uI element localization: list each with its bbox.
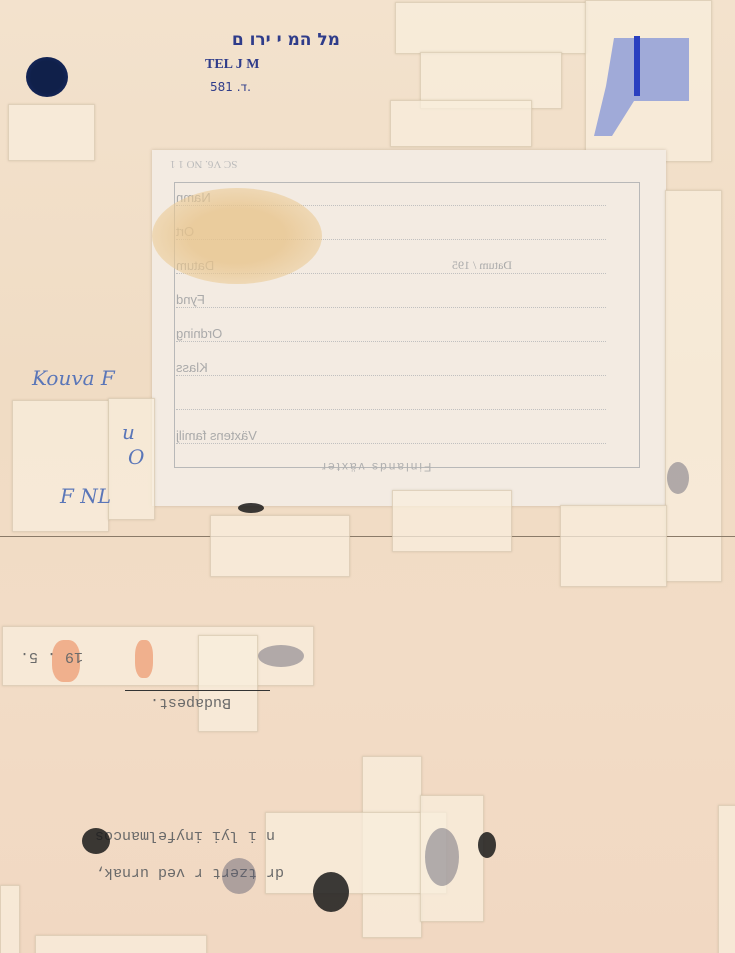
tape-strip [392, 490, 512, 552]
tape-strip [198, 635, 258, 732]
tape-strip [35, 935, 207, 953]
card-row: Fynd [176, 292, 606, 308]
typed-city: Budapest. [150, 694, 231, 711]
tape-strip [12, 400, 109, 532]
stamp-fragment [667, 462, 689, 494]
handwritten-line: F NL [60, 484, 111, 508]
card-header: SC V6. NO 1 1 [170, 158, 237, 170]
ink-blot [82, 828, 110, 854]
handwritten-line: u [122, 420, 135, 444]
ink-smudge [222, 858, 256, 894]
tape-strip [395, 2, 587, 54]
water-stain [152, 188, 322, 284]
tape-strip [8, 104, 95, 161]
typed-line: n i lyi inyfelmancos [95, 827, 275, 844]
letterhead-number: 581 .ד. [210, 80, 251, 94]
tape-strip [718, 805, 735, 953]
card-caption: Finlands växter [320, 460, 431, 474]
card-row: Klass [176, 360, 606, 376]
typed-date: 19 . 5. [20, 648, 83, 665]
punch-hole [26, 57, 68, 97]
tape-strip [0, 885, 20, 953]
card-row: Ordning [176, 326, 606, 342]
ink-smudge [425, 828, 459, 886]
card-row [176, 394, 606, 410]
ink-blot [478, 832, 496, 858]
card-row: Växtens familj [176, 428, 606, 444]
postage-stamp-remnant [594, 26, 694, 141]
tape-strip [560, 505, 667, 587]
letterhead-latin: TEL J M [205, 57, 259, 73]
handwritten-name: Kouva F [32, 366, 115, 390]
letterhead-hebrew: מל המ י ירו ם [90, 30, 340, 50]
tape-strip [210, 515, 350, 577]
handwritten-line: O [128, 445, 144, 469]
underline [125, 690, 270, 691]
ink-spot [238, 503, 264, 513]
tape-strip [665, 190, 722, 582]
ink-smudge [258, 645, 304, 667]
card-date-field: Datum / 195 [452, 258, 512, 273]
red-mark [135, 640, 153, 678]
ink-blot [313, 872, 349, 912]
tape-strip [390, 100, 532, 147]
